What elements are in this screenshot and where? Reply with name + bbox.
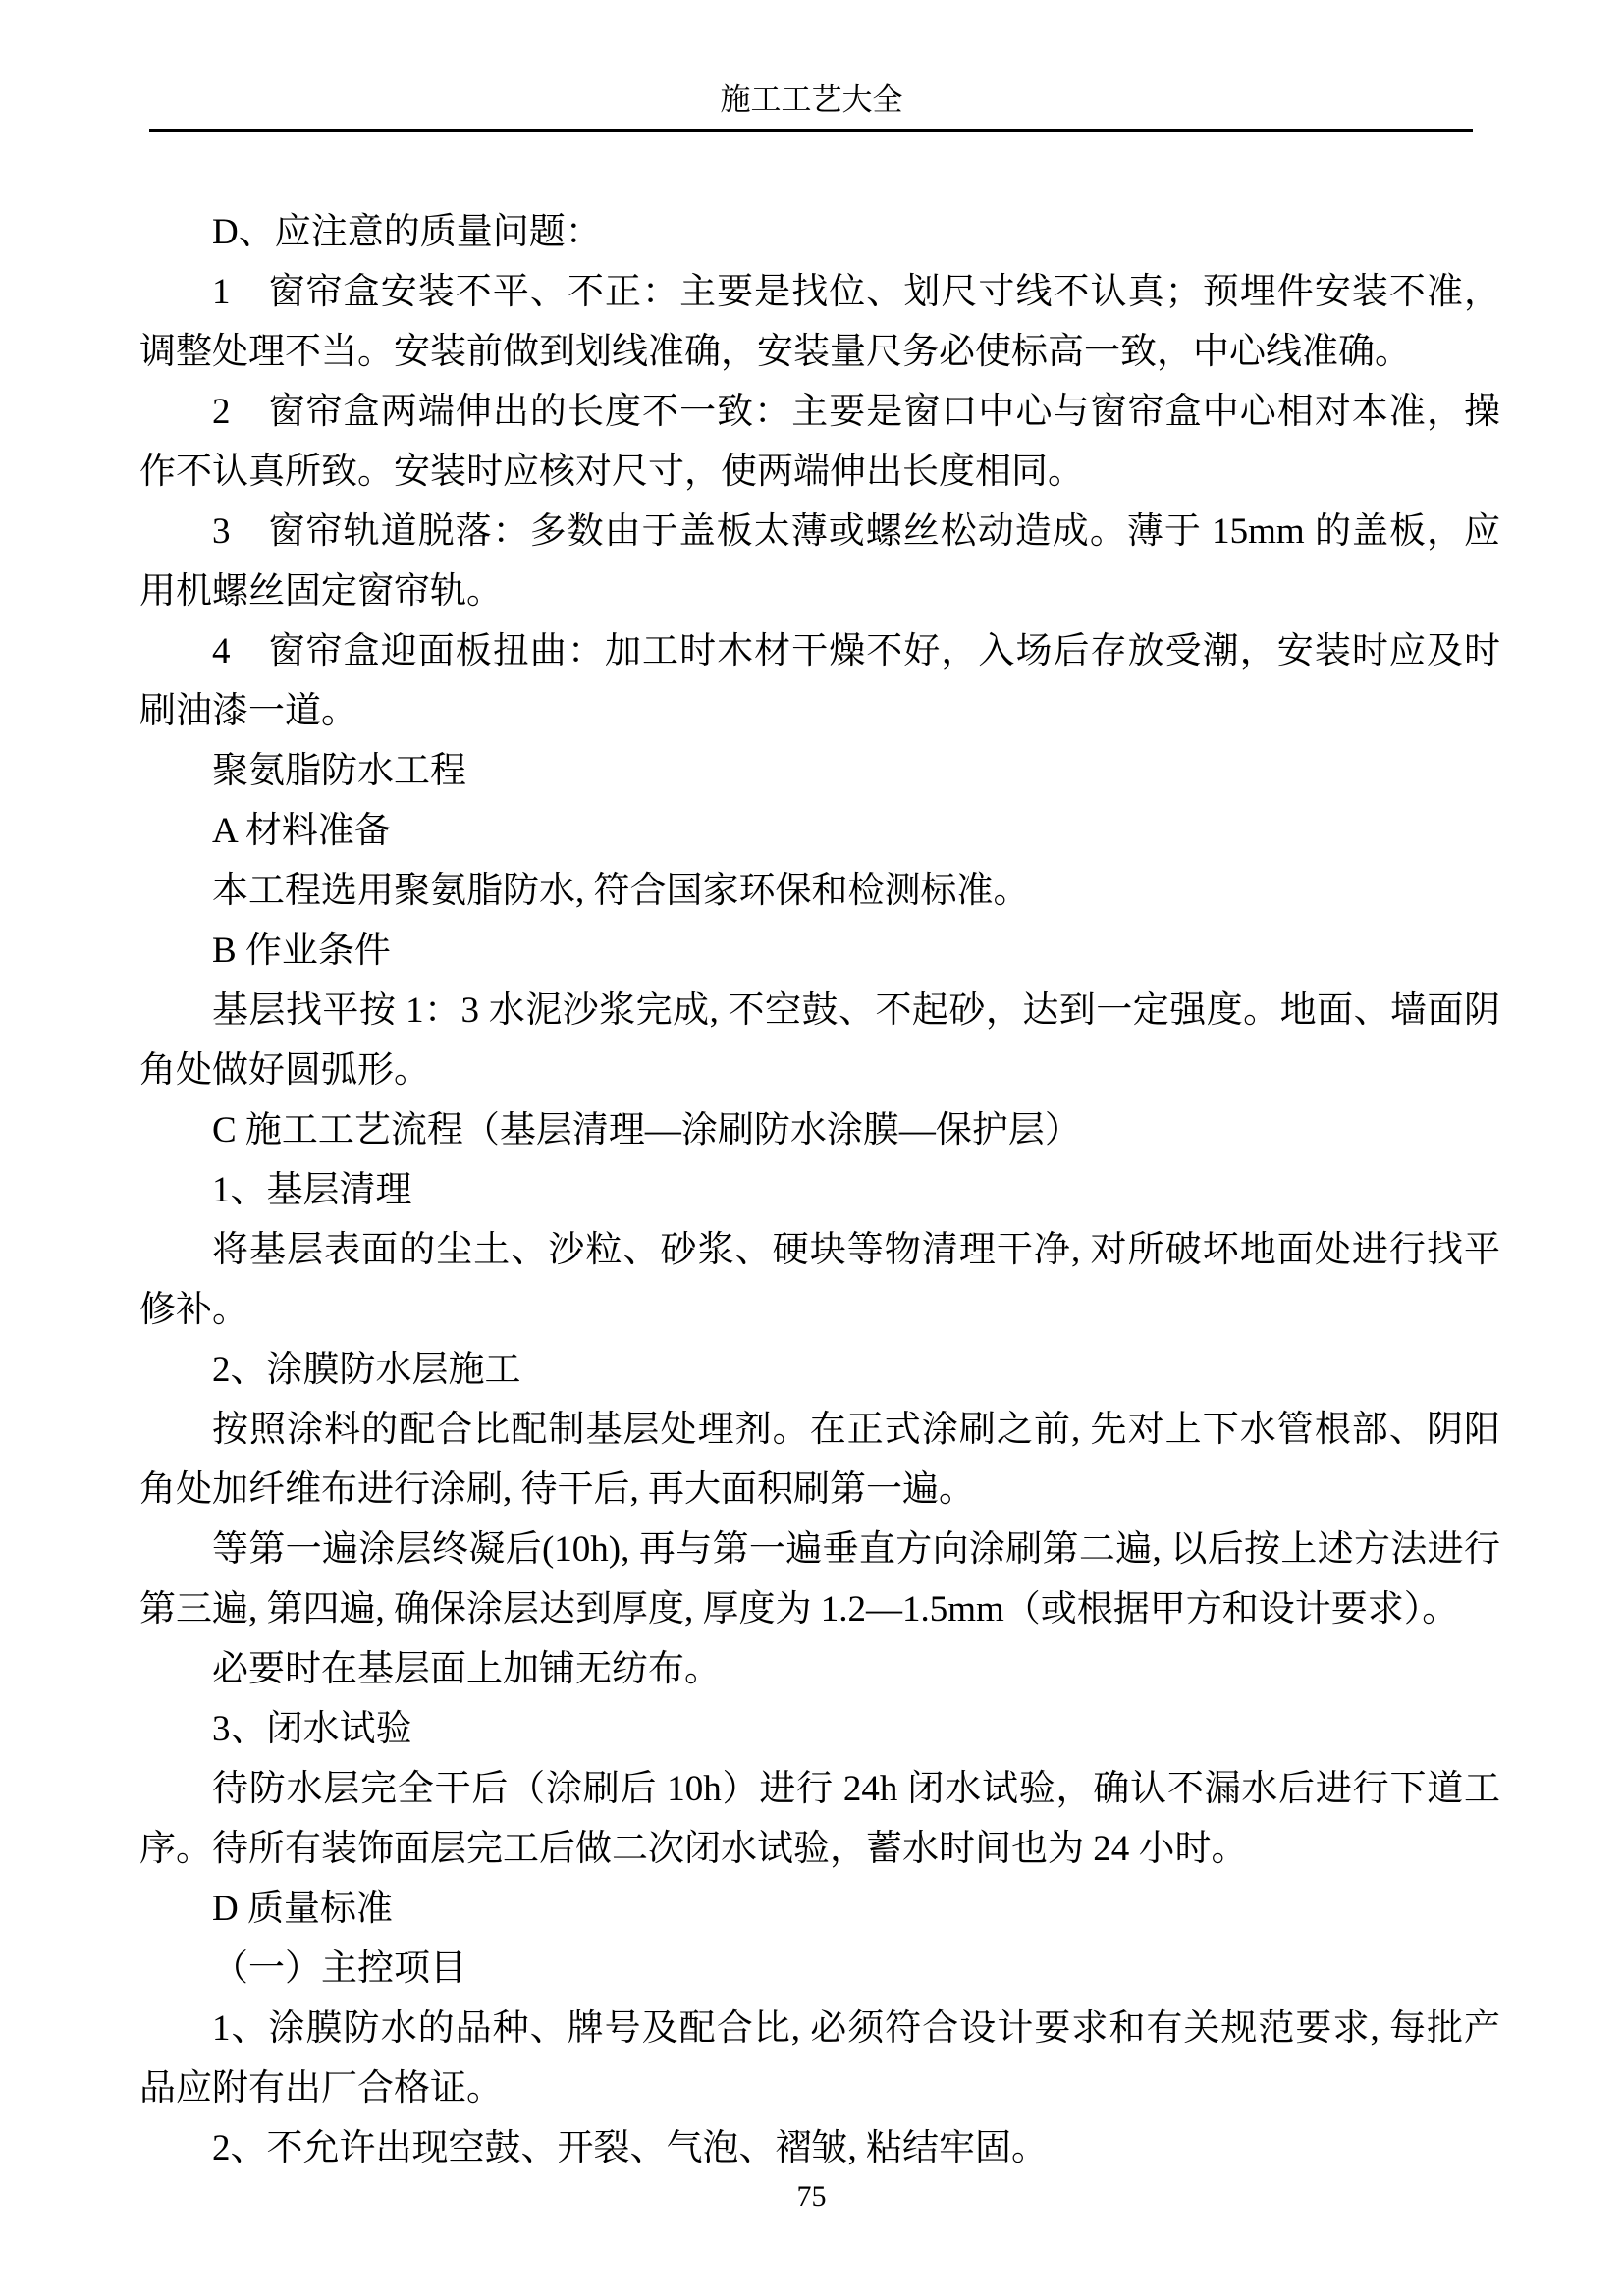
body-paragraph: 2、涂膜防水层施工: [139, 1340, 1500, 1400]
page-number: 75: [0, 2177, 1623, 2216]
body-paragraph: 1、涂膜防水的品种、牌号及配合比, 必须符合设计要求和有关规范要求, 每批产品应…: [139, 1999, 1500, 2118]
body-paragraph: 1 窗帘盒安装不平、不正：主要是找位、划尺寸线不认真；预埋件安装不准，调整处理不…: [139, 262, 1500, 382]
body-paragraph: C 施工工艺流程（基层清理—涂刷防水涂膜—保护层）: [139, 1100, 1500, 1160]
body-paragraph: 3 窗帘轨道脱落：多数由于盖板太薄或螺丝松动造成。薄于 15mm 的盖板，应用机…: [139, 502, 1500, 621]
body-paragraph: 将基层表面的尘土、沙粒、砂浆、硬块等物清理干净, 对所破坏地面处进行找平修补。: [139, 1220, 1500, 1340]
body-paragraph: 2、不允许出现空鼓、开裂、气泡、褶皱, 粘结牢固。: [139, 2118, 1500, 2178]
body-paragraph: 本工程选用聚氨脂防水, 符合国家环保和检测标准。: [139, 861, 1500, 921]
body-paragraph: （一）主控项目: [139, 1939, 1500, 1999]
body-paragraph: 3、闭水试验: [139, 1699, 1500, 1759]
body-paragraph: 聚氨脂防水工程: [139, 741, 1500, 801]
header-rule: [149, 129, 1473, 132]
body-paragraph: 4 窗帘盒迎面板扭曲：加工时木材干燥不好，入场后存放受潮，安装时应及时刷油漆一道…: [139, 621, 1500, 741]
body-paragraph: D、应注意的质量问题：: [139, 202, 1500, 262]
document-page: 施工工艺大全 D、应注意的质量问题： 1 窗帘盒安装不平、不正：主要是找位、划尺…: [0, 0, 1623, 2296]
body-paragraph: D 质量标准: [139, 1879, 1500, 1939]
header-title: 施工工艺大全: [0, 80, 1623, 120]
body-paragraph: 按照涂料的配合比配制基层处理剂。在正式涂刷之前, 先对上下水管根部、阴阳角处加纤…: [139, 1400, 1500, 1520]
body-paragraph: 必要时在基层面上加铺无纺布。: [139, 1639, 1500, 1699]
body-paragraph: 等第一遍涂层终凝后(10h), 再与第一遍垂直方向涂刷第二遍, 以后按上述方法进…: [139, 1520, 1500, 1639]
body-paragraph: 2 窗帘盒两端伸出的长度不一致：主要是窗口中心与窗帘盒中心相对本准，操作不认真所…: [139, 382, 1500, 502]
body-paragraph: 1、基层清理: [139, 1160, 1500, 1220]
body-paragraph: 基层找平按 1：3 水泥沙浆完成, 不空鼓、不起砂，达到一定强度。地面、墙面阴角…: [139, 981, 1500, 1100]
body-paragraph: A 材料准备: [139, 801, 1500, 861]
body-paragraph: B 作业条件: [139, 921, 1500, 981]
document-body: D、应注意的质量问题： 1 窗帘盒安装不平、不正：主要是找位、划尺寸线不认真；预…: [139, 202, 1500, 2178]
body-paragraph: 待防水层完全干后（涂刷后 10h）进行 24h 闭水试验，确认不漏水后进行下道工…: [139, 1759, 1500, 1879]
